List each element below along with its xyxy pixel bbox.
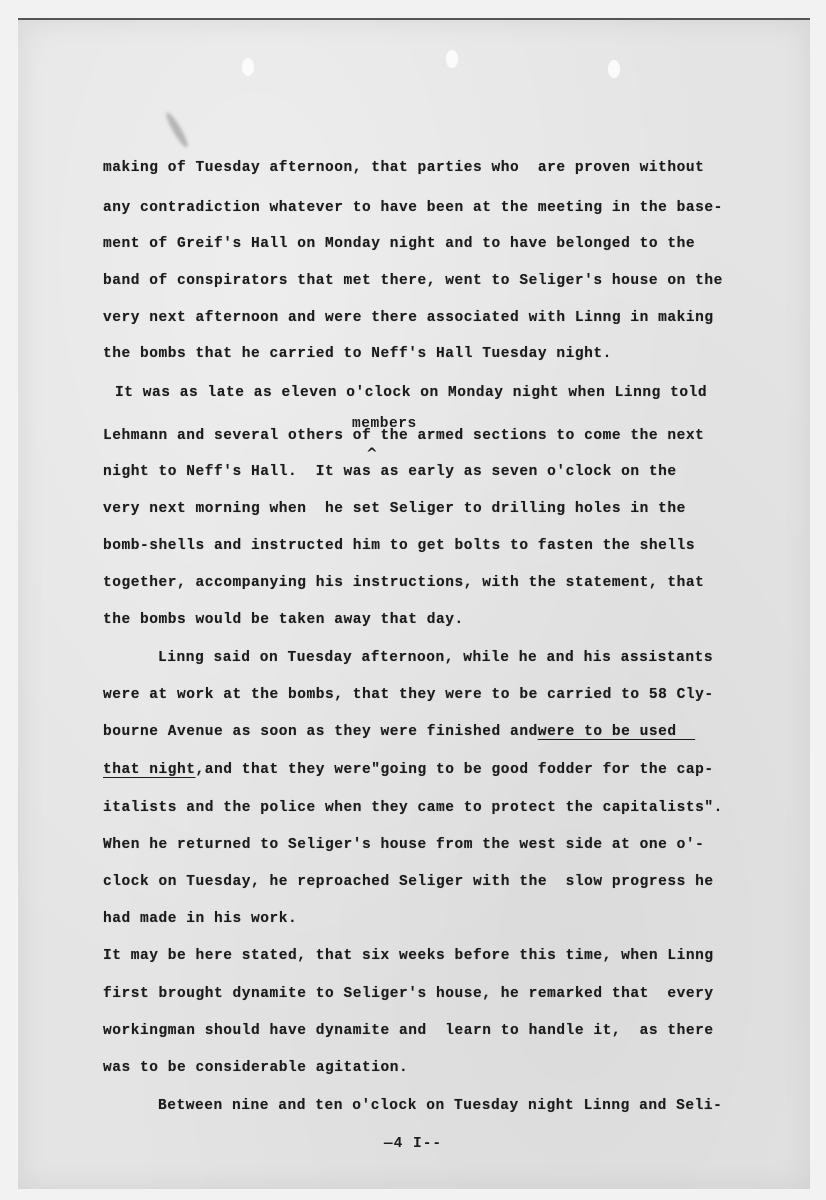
paragraph-start-line: It was as late as eleven o'clock on Mond…: [115, 385, 707, 401]
text-line: any contradiction whatever to have been …: [103, 200, 723, 216]
paragraph-start-line: It may be here stated, that six weeks be…: [103, 948, 714, 964]
text-line: making of Tuesday afternoon, that partie…: [103, 160, 704, 176]
page-number: —4 I--: [0, 1136, 826, 1152]
paper-hole: [242, 58, 254, 76]
underlined-text: that night: [103, 762, 196, 778]
text-line: first brought dynamite to Seliger's hous…: [103, 986, 714, 1002]
text-line: together, accompanying his instructions,…: [103, 575, 704, 591]
text-line: When he returned to Seliger's house from…: [103, 837, 704, 853]
text-line: ment of Greif's Hall on Monday night and…: [103, 236, 695, 252]
paragraph-start-line: Between nine and ten o'clock on Tuesday …: [158, 1098, 722, 1114]
text-line: the bombs would be taken away that day.: [103, 612, 464, 628]
text-line: clock on Tuesday, he reproached Seliger …: [103, 874, 714, 890]
text-line: that night,and that they were"going to b…: [103, 762, 714, 778]
underline-trail: [677, 724, 696, 740]
paragraph-start-line: Linng said on Tuesday afternoon, while h…: [158, 650, 713, 666]
text-segment: ,and that they were"going to be good fod…: [196, 762, 714, 778]
underlined-text: were to be used: [538, 724, 677, 740]
ink-smudge: [164, 111, 191, 150]
paper-hole: [608, 60, 620, 78]
document-page: [18, 18, 810, 1189]
text-line: Lehmann and several others of the armed …: [103, 428, 704, 444]
text-line: the bombs that he carried to Neff's Hall…: [103, 346, 612, 362]
paper-hole: [446, 50, 458, 68]
text-line: bourne Avenue as soon as they were finis…: [103, 724, 695, 740]
text-line: italists and the police when they came t…: [103, 800, 723, 816]
text-line: had made in his work.: [103, 911, 297, 927]
text-line: were at work at the bombs, that they wer…: [103, 687, 714, 703]
text-segment: bourne Avenue as soon as they were finis…: [103, 724, 538, 740]
text-line: night to Neff's Hall. It was as early as…: [103, 464, 677, 480]
insertion-caret: ^: [366, 446, 378, 462]
text-line: was to be considerable agitation.: [103, 1060, 408, 1076]
text-line: workingman should have dynamite and lear…: [103, 1023, 714, 1039]
text-line: very next morning when he set Seliger to…: [103, 501, 686, 517]
text-line: band of conspirators that met there, wen…: [103, 273, 723, 289]
text-line: bomb-shells and instructed him to get bo…: [103, 538, 695, 554]
text-line: very next afternoon and were there assoc…: [103, 310, 714, 326]
